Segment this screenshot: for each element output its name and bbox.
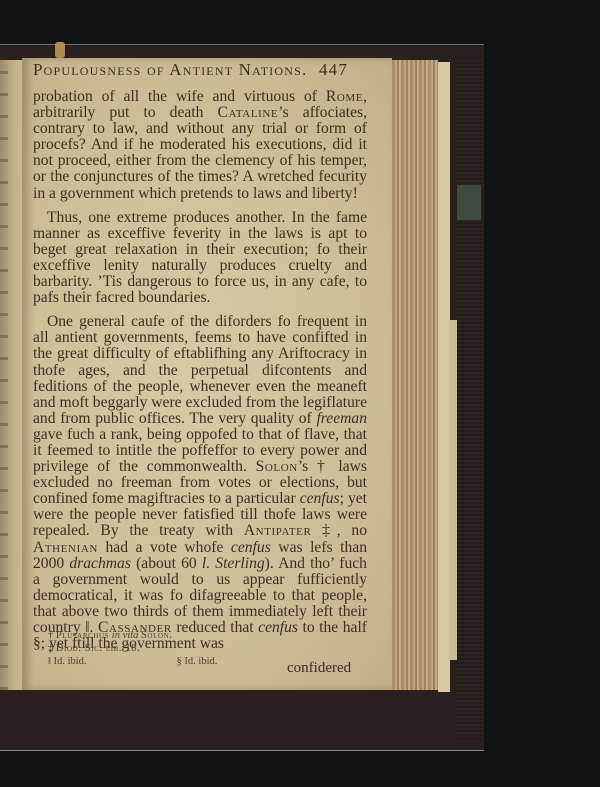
page-block-fore-edge — [392, 60, 438, 690]
page-insert — [449, 320, 457, 660]
text-run: ‡, no — [311, 522, 367, 539]
footnote: ‡ Diod. Sic. lib. 18. — [48, 642, 348, 655]
text-run: probation of all the wife and virtuous o… — [33, 88, 326, 105]
cover-edge — [455, 60, 483, 740]
italic-term: cenfus — [300, 490, 340, 507]
footnote-text-2: Solon. — [141, 629, 173, 642]
small-caps-name: Solon — [256, 458, 298, 475]
footnote-mark-2: § — [177, 655, 182, 668]
footnote-text-2: Id. ibid. — [184, 655, 217, 668]
italic-term: freeman — [316, 410, 367, 427]
footnote-mark: † — [48, 629, 53, 642]
footnote-text: Id. ibid. — [54, 655, 87, 668]
footnote-text: Diod. Sic. lib. 18. — [56, 642, 140, 655]
page-number: 447 — [319, 60, 348, 79]
gutter — [8, 60, 22, 690]
catchword: confidered — [287, 660, 351, 677]
text-run: Thus, one extreme produces another. In t… — [33, 209, 367, 306]
italic-term: l. Sterling — [202, 555, 265, 572]
running-head-title: Populousness of Antient Nations. — [33, 60, 307, 79]
italic-term: cenfus — [231, 539, 271, 556]
small-caps-name: Cataline — [218, 104, 279, 121]
footnote-text: Plutarchus — [56, 629, 109, 642]
small-caps-name: Antipater — [244, 522, 312, 539]
footnote-text-italic: in vita — [109, 629, 141, 642]
running-head: Populousness of Antient Nations. 447 — [33, 60, 393, 80]
italic-term: drachmas — [69, 555, 131, 572]
cover-patch — [457, 185, 481, 220]
clip-icon — [55, 42, 65, 58]
footnote-mark: ‖ — [48, 655, 51, 668]
facing-page-text-fragment — [0, 70, 8, 690]
text-run: (about 60 — [131, 555, 202, 572]
small-caps-name: Rome — [326, 88, 363, 105]
text-run: had a vote whofe — [98, 539, 231, 556]
paragraph: Thus, one extreme produces another. In t… — [33, 210, 367, 307]
small-caps-name: Athenian — [33, 539, 98, 556]
footnote-mark: ‡ — [48, 642, 53, 655]
paragraph: One general caufe of the diforders fo fr… — [33, 314, 367, 652]
body-text: probation of all the wife and virtuous o… — [33, 89, 367, 652]
footnote: † Plutarchus in vita Solon. — [48, 629, 348, 642]
paragraph: probation of all the wife and virtuous o… — [33, 89, 367, 202]
